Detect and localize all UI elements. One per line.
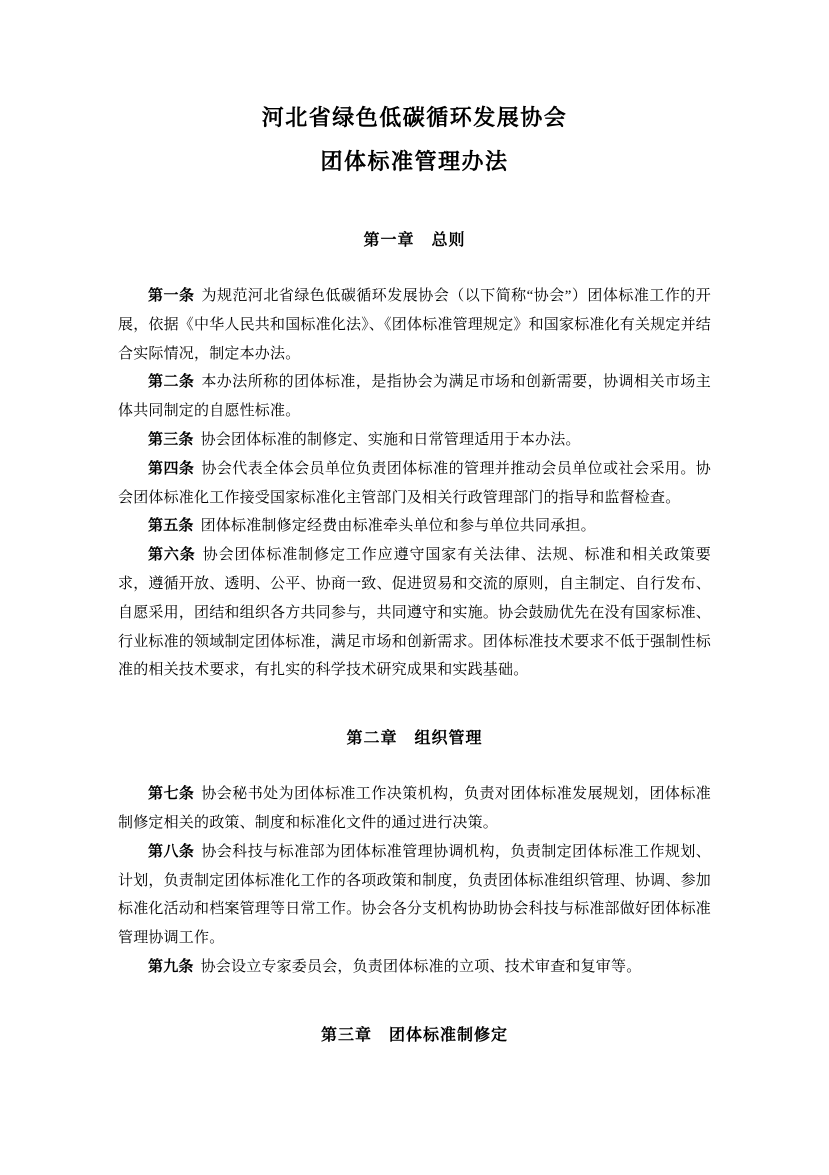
article-1-label: 第一条 [148, 288, 194, 304]
article-9-text: 协会设立专家委员会，负责团体标准的立项、技术审查和复审等。 [201, 959, 642, 975]
article-5: 第五条团体标准制修定经费由标准牵头单位和参与单位共同承担。 [118, 512, 711, 541]
article-6: 第六条协会团体标准制修定工作应遵守国家有关法律、法规、标准和相关政策要求，遵循开… [118, 541, 711, 685]
article-8-label: 第八条 [148, 844, 194, 860]
article-2-label: 第二条 [148, 374, 194, 390]
chapter-3-heading: 第三章 团体标准制修定 [118, 1021, 711, 1050]
document-page: 河北省绿色低碳循环发展协会 团体标准管理办法 第一章 总则 第一条为规范河北省绿… [0, 0, 829, 1175]
article-4-label: 第四条 [148, 461, 194, 477]
article-8: 第八条协会科技与标准部为团体标准管理协调机构，负责制定团体标准工作规划、计划，负… [118, 838, 711, 953]
article-6-text: 协会团体标准制修定工作应遵守国家有关法律、法规、标准和相关政策要求，遵循开放、透… [118, 547, 711, 678]
article-6-label: 第六条 [148, 547, 196, 563]
article-8-text: 协会科技与标准部为团体标准管理协调机构，负责制定团体标准工作规划、计划，负责制定… [118, 844, 711, 946]
article-7: 第七条协会秘书处为团体标准工作决策机构，负责对团体标准发展规划，团体标准制修定相… [118, 780, 711, 838]
chapter-1-heading: 第一章 总则 [118, 226, 711, 255]
document-title-line-2: 团体标准管理办法 [118, 140, 711, 184]
article-7-label: 第七条 [148, 786, 194, 802]
article-1: 第一条为规范河北省绿色低碳循环发展协会（以下简称“协会”）团体标准工作的开展，依… [118, 282, 711, 368]
article-9: 第九条协会设立专家委员会，负责团体标准的立项、技术审查和复审等。 [118, 953, 711, 982]
chapter-2-heading: 第二章 组织管理 [118, 724, 711, 753]
article-5-text: 团体标准制修定经费由标准牵头单位和参与单位共同承担。 [201, 518, 596, 534]
article-4: 第四条协会代表全体会员单位负责团体标准的管理并推动会员单位或社会采用。协会团体标… [118, 455, 711, 513]
article-3-text: 协会团体标准的制修定、实施和日常管理适用于本办法。 [201, 432, 581, 448]
article-4-text: 协会代表全体会员单位负责团体标准的管理并推动会员单位或社会采用。协会团体标准化工… [118, 461, 711, 506]
article-7-text: 协会秘书处为团体标准工作决策机构，负责对团体标准发展规划，团体标准制修定相关的政… [118, 786, 711, 831]
article-3: 第三条协会团体标准的制修定、实施和日常管理适用于本办法。 [118, 426, 711, 455]
document-title-line-1: 河北省绿色低碳循环发展协会 [118, 96, 711, 140]
article-2: 第二条本办法所称的团体标准，是指协会为满足市场和创新需要，协调相关市场主体共同制… [118, 368, 711, 426]
article-5-label: 第五条 [148, 518, 194, 534]
article-3-label: 第三条 [148, 432, 194, 448]
article-2-text: 本办法所称的团体标准，是指协会为满足市场和创新需要，协调相关市场主体共同制定的自… [118, 374, 711, 419]
article-1-text: 为规范河北省绿色低碳循环发展协会（以下简称“协会”）团体标准工作的开展，依据《中… [118, 288, 711, 362]
article-9-label: 第九条 [148, 959, 194, 975]
